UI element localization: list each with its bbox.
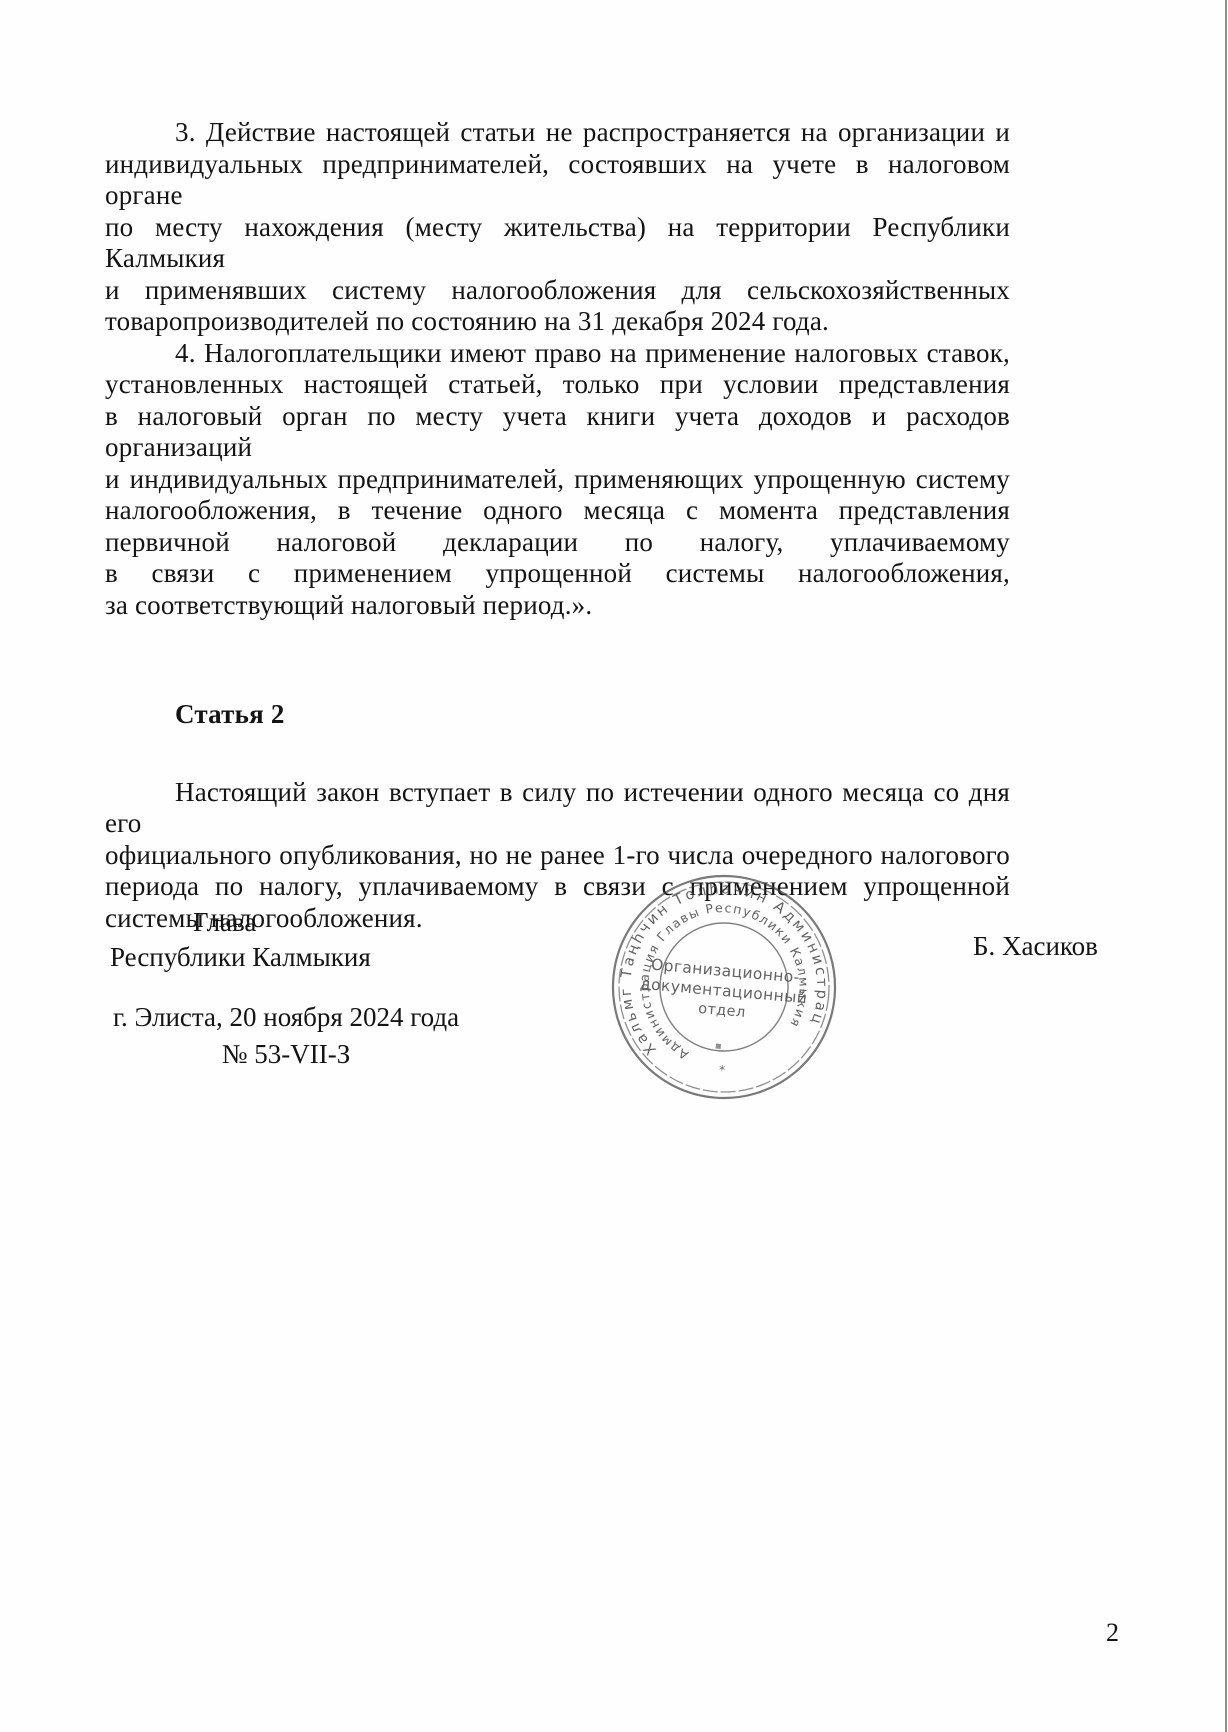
text-line: и индивидуальных предпринимателей, приме… [105, 464, 1010, 496]
place-date-block: г. Элиста, 20 ноября 2024 года № 53-VII-… [113, 999, 459, 1073]
text-line: товаропроизводителей по состоянию на 31 … [105, 306, 1010, 338]
text-line: индивидуальных предпринимателей, состояв… [105, 149, 1010, 212]
text-line: периода по налогу, уплачиваемому в связи… [105, 871, 1010, 903]
text-line: и применявших систему налогообложения дл… [105, 275, 1010, 307]
article-2-heading: Статья 2 [105, 699, 1010, 731]
text-line: по месту нахождения (месту жительства) н… [105, 212, 1010, 275]
document-body: 3. Действие настоящей статьи не распрост… [105, 117, 1010, 934]
official-stamp: Хальмг Таңһчин Толһачин Администрац Адми… [609, 872, 839, 1102]
text-line: 4. Налогоплательщики имеют право на прим… [105, 338, 1010, 370]
text-line: 3. Действие настоящей статьи не распрост… [105, 117, 1010, 149]
text-line: в налоговый орган по месту учета книги у… [105, 401, 1010, 464]
text-line: официального опубликования, но не ранее … [105, 840, 1010, 872]
text-line: Настоящий закон вступает в силу по истеч… [105, 777, 1010, 840]
text-line: налогообложения, в течение одного месяца… [105, 495, 1010, 527]
scan-edge-line [1225, 0, 1227, 1732]
stamp-center-line-3: отдел [698, 1001, 747, 1021]
paragraph-4: 4. Налогоплательщики имеют право на прим… [105, 338, 1010, 622]
place-date-line: г. Элиста, 20 ноября 2024 года [113, 999, 459, 1036]
text-line: за соответствующий налоговый период.». [105, 590, 1010, 622]
text-line: первичной налоговой декларации по налогу… [105, 527, 1010, 559]
signature-title-block: Глава Республики Калмыкия [110, 905, 371, 975]
paragraph-3: 3. Действие настоящей статьи не распрост… [105, 117, 1010, 338]
text-line: в связи с применением упрощенной системы… [105, 558, 1010, 590]
document-number: № 53-VII-З [113, 1036, 459, 1073]
document-page: 3. Действие настоящей статьи не распрост… [0, 0, 1228, 1732]
signer-title-line-1: Глава [110, 905, 371, 940]
stamp-ink-dot [716, 1044, 721, 1049]
stamp-separator-star: * [718, 1058, 726, 1073]
signer-title-line-2: Республики Калмыкия [110, 940, 371, 975]
signer-name: Б. Хасиков [973, 931, 1098, 962]
page-number: 2 [1106, 1618, 1119, 1648]
text-line: установленных настоящей статьей, только … [105, 369, 1010, 401]
